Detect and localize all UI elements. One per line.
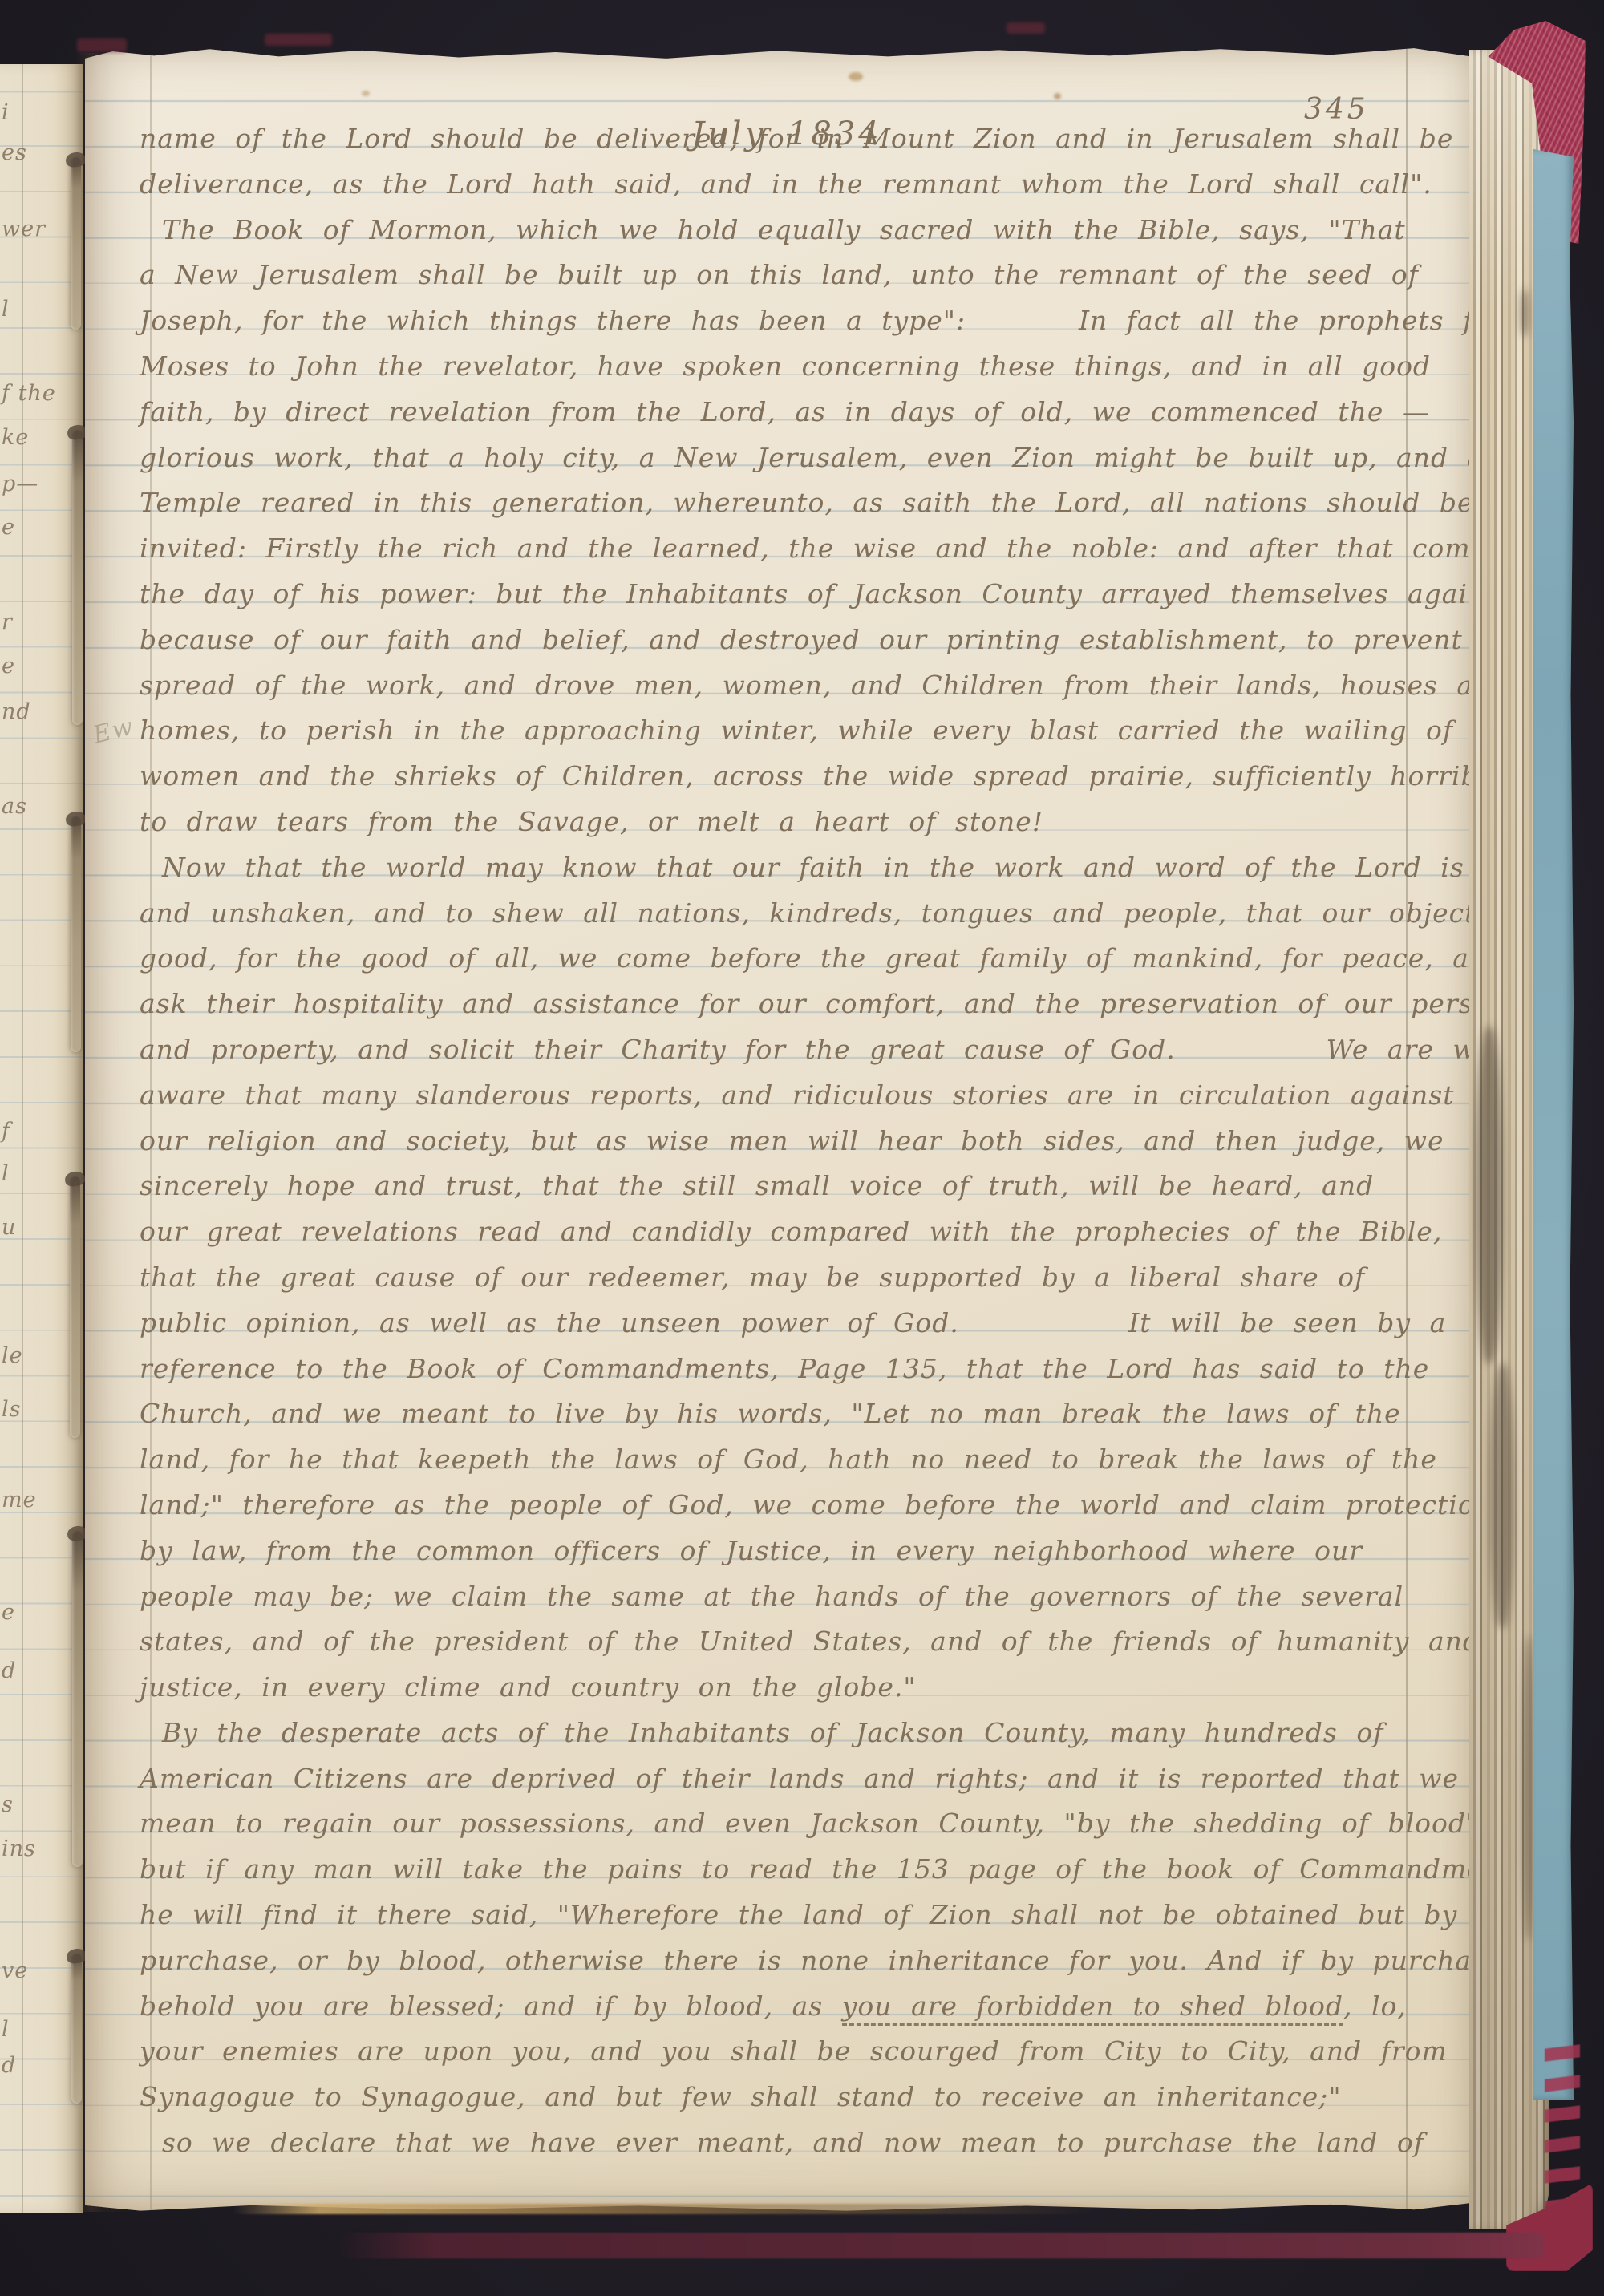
facing-page-edge: ieswerlf thekep—erendasflulelsmeedsinsve… (0, 64, 83, 2213)
binding-stitch (71, 816, 81, 1052)
manuscript-line: homes, to perish in the approaching wint… (140, 708, 1439, 754)
manuscript-line: he will find it there said, "Wherefore t… (140, 1893, 1439, 1938)
cover-sliver (265, 34, 332, 46)
page-edge-smudge (1521, 289, 1529, 337)
manuscript-line: name of the Lord should be delivered, fo… (140, 116, 1439, 162)
manuscript-line: justice, in every clime and country on t… (140, 1665, 1439, 1711)
facing-page-fragment: l (2, 297, 10, 322)
manuscript-line: but if any man will take the pains to re… (140, 1847, 1439, 1893)
facing-page-fragment: ls (2, 1397, 22, 1422)
manuscript-line: Church, and we meant to live by his word… (140, 1391, 1439, 1437)
manuscript-line: American Citizens are deprived of their … (140, 1756, 1439, 1802)
foxing-stain (849, 72, 863, 81)
facing-page-fragment: f (2, 1119, 10, 1144)
manuscript-line: the day of his power: but the Inhabitant… (140, 572, 1439, 618)
manuscript-line: good, for the good of all, we come befor… (140, 936, 1439, 982)
facing-page-fragment: ve (2, 1958, 28, 1983)
page-bottom-edge-glint (233, 2204, 1099, 2214)
manuscript-line: public opinion, as well as the unseen po… (140, 1301, 1439, 1346)
underlined-phrase: you are forbidden to shed blood (842, 1990, 1343, 2026)
page-edge-smudge (1522, 1636, 1535, 1941)
manuscript-line: your enemies are upon you, and you shall… (140, 2029, 1439, 2075)
facing-page-fragment: le (2, 1343, 23, 1368)
manuscript-line: Now that the world may know that our fai… (140, 845, 1439, 891)
facing-page-fragment: i (2, 100, 10, 125)
manuscript-line: people may be; we claim the same at the … (140, 1574, 1439, 1620)
manuscript-line: The Book of Mormon, which we hold equall… (140, 208, 1439, 253)
facing-page-fragment: u (2, 1215, 16, 1240)
foxing-stain (362, 91, 370, 96)
book-cover-blue-spine-edge (1533, 149, 1574, 2100)
facing-page-fragment: d (2, 2053, 16, 2078)
manuscript-line: states, and of the president of the Unit… (140, 1619, 1439, 1665)
open-book-photograph: ieswerlf thekep—erendasflulelsmeedsinsve… (0, 0, 1604, 2296)
facing-page-fragment: f the (2, 381, 56, 406)
manuscript-line: purchase, or by blood, otherwise there i… (140, 1938, 1439, 1984)
manuscript-line: to draw tears from the Savage, or melt a… (140, 800, 1439, 845)
cover-sliver (77, 38, 127, 52)
facing-page-fragment: e (2, 1600, 15, 1625)
page-edge-smudge (1476, 1027, 1503, 1363)
manuscript-line: deliverance, as the Lord hath said, and … (140, 162, 1439, 208)
facing-page-fragment: wer (2, 217, 46, 241)
facing-page-fragment: me (2, 1488, 37, 1512)
manuscript-line: behold you are blessed; and if by blood,… (140, 1984, 1439, 2030)
facing-page-fragment: ke (2, 425, 29, 450)
manuscript-line: our great revelations read and candidly … (140, 1209, 1439, 1255)
manuscript-line: glorious work, that a holy city, a New J… (140, 435, 1439, 481)
manuscript-line: sincerely hope and trust, that the still… (140, 1164, 1439, 1209)
manuscript-line: women and the shrieks of Children, acros… (140, 754, 1439, 800)
margin-note-squiggle: Ew (91, 712, 138, 749)
manuscript-line: Moses to John the revelator, have spoken… (140, 344, 1439, 390)
manuscript-line: our religion and society, but as wise me… (140, 1119, 1439, 1164)
line-segment: behold you are blessed; and if by blood,… (140, 1990, 842, 2022)
manuscript-line: Synagogue to Synagogue, and but few shal… (140, 2075, 1439, 2120)
manuscript-line: land;" therefore as the people of God, w… (140, 1483, 1439, 1529)
manuscript-line: mean to regain our possessions, and even… (140, 1801, 1439, 1847)
manuscript-line: ask their hospitality and assistance for… (140, 982, 1439, 1027)
manuscript-line: faith, by direct revelation from the Lor… (140, 390, 1439, 435)
facing-page-fragment: d (2, 1658, 16, 1683)
book-cover-bottom-edge (337, 2233, 1544, 2258)
manuscript-line: reference to the Book of Commandments, P… (140, 1346, 1439, 1392)
facing-page-fragment: p— (2, 472, 38, 496)
line-segment: , lo, (1343, 1990, 1407, 2022)
facing-page-fragment: ins (2, 1836, 36, 1861)
manuscript-line: that the great cause of our redeemer, ma… (140, 1255, 1439, 1301)
facing-page-fragment: as (2, 794, 27, 819)
facing-page-fragment: e (2, 654, 15, 678)
binding-stitch (72, 1531, 83, 1867)
manuscript-line: and property, and solicit their Charity … (140, 1027, 1439, 1073)
facing-page-fragment: es (2, 140, 27, 165)
binding-stitch (70, 1176, 80, 1438)
binding-stitch (71, 157, 81, 330)
page-edge-smudge (1490, 1363, 1514, 1628)
manuscript-line: so we declare that we have ever meant, a… (140, 2120, 1439, 2166)
foxing-stain (1054, 93, 1061, 99)
manuscript-line: and unshaken, and to shew all nations, k… (140, 891, 1439, 937)
binding-stitch (72, 430, 83, 725)
manuscript-line: By the desperate acts of the Inhabitants… (140, 1711, 1439, 1756)
facing-page-fragment: r (2, 609, 13, 634)
facing-page-fragment: nd (2, 699, 31, 724)
manuscript-text: name of the Lord should be delivered, fo… (140, 116, 1439, 2166)
facing-page-fragment: l (2, 1161, 10, 1186)
manuscript-line: spread of the work, and drove men, women… (140, 663, 1439, 709)
manuscript-page: July 1834 345 name of the Lord should be… (85, 47, 1469, 2212)
manuscript-line: because of our faith and belief, and des… (140, 618, 1439, 663)
facing-page-fragment: l (2, 2017, 10, 2042)
facing-page-fragment: s (2, 1792, 14, 1817)
manuscript-line: land, for he that keepeth the laws of Go… (140, 1437, 1439, 1483)
manuscript-line: Joseph, for the which things there has b… (140, 298, 1439, 344)
manuscript-line: invited: Firstly the rich and the learne… (140, 526, 1439, 572)
facing-page-fragment: e (2, 515, 15, 540)
binding-stitch (71, 1954, 82, 2104)
cover-sliver (1007, 22, 1045, 34)
manuscript-line: a New Jerusalem shall be built up on thi… (140, 253, 1439, 298)
manuscript-line: Temple reared in this generation, whereu… (140, 480, 1439, 526)
manuscript-line: by law, from the common officers of Just… (140, 1529, 1439, 1574)
manuscript-line: aware that many slanderous reports, and … (140, 1073, 1439, 1119)
